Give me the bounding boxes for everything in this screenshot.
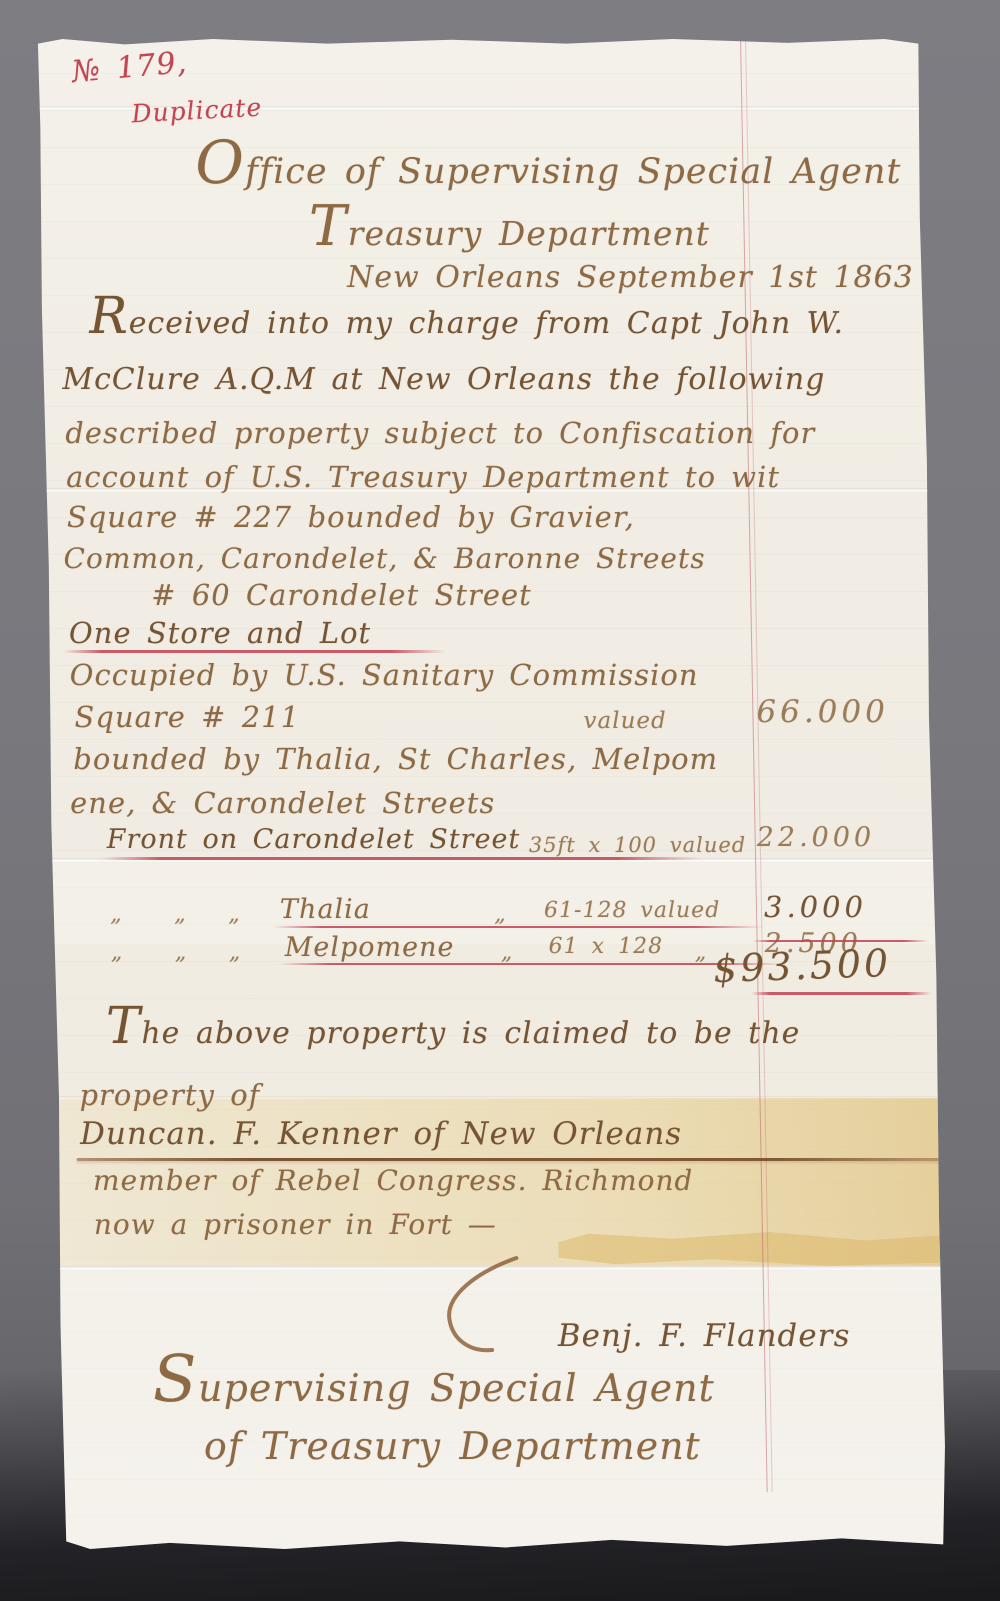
property1-square: Square # 227 bounded by Gravier, [67,500,635,534]
row2-ditto-3: „ [228,902,241,927]
row3-dimensions: 61 x 128 [548,934,663,959]
property1-address: # 60 Carondelet Street [151,578,532,612]
row3-description: Melpomene [284,932,454,963]
red-underline-store-and-lot [63,650,445,653]
body-line-4: account of U.S. Treasury Department to w… [66,460,781,494]
value-66000: 66.000 [756,694,889,730]
signature-title-1: Supervising Special Agent [152,1366,715,1410]
row2-ditto-1: „ [110,902,123,927]
yellowed-tape-stain [558,1232,943,1266]
document-sheet: № 179, Duplicate Office of Supervising S… [36,36,948,1552]
row3-ditto-1: „ [111,940,124,965]
row3-ditto-5: „ [695,940,708,965]
valued-label: valued [583,708,667,734]
red-underline-row3 [279,963,784,965]
row2-ditto-2: „ [174,902,187,927]
row2-description: Thalia [280,894,371,925]
table-total: $93.500 [712,941,892,991]
row3-ditto-2: „ [175,940,188,965]
property2-bounds-1: bounded by Thalia, St Charles, Melpom [73,742,718,776]
property2-square: Square # 211 [74,700,300,734]
claim-line-4: member of Rebel Congress. Richmond [93,1164,694,1197]
property1-streets: Common, Carondelet, & Baronne Streets [63,542,706,575]
claim-line-1: The above property is claimed to be the [106,1016,801,1051]
stamp-duplicate: Duplicate [130,93,263,129]
claim-line-2: property of [79,1078,261,1112]
stamp-number: № 179, [70,45,189,90]
pen-flourish [348,1254,570,1374]
property2-bounds-2: ene, & Carondelet Streets [70,786,496,820]
fold-crease-middle [51,858,935,863]
header-dateline: New Orleans September 1st 1863 [330,260,931,295]
body-line-3: described property subject to Confiscati… [65,416,816,450]
row1-dimensions: 35ft x 100 valued [529,833,747,857]
row2-ditto-4: „ [494,902,507,927]
header-office-line: Office of Supervising Special Agent [178,152,919,192]
signature-title-2: of Treasury Department [203,1424,701,1468]
row2-value: 3.000 [764,890,868,924]
claim-line-5: now a prisoner in Fort — [93,1208,497,1241]
red-rule-below-total [752,992,932,995]
row3-ditto-3: „ [229,940,242,965]
claimant-name: Duncan. F. Kenner of New Orleans [80,1116,683,1152]
body-line-2: McClure A.Q.M at New Orleans the followi… [62,362,826,397]
row1-value: 22.000 [756,822,875,853]
signature-name: Benj. F. Flanders [557,1318,850,1354]
red-underline-row1 [101,857,701,860]
red-underline-row2 [272,926,764,928]
property1-store-and-lot: One Store and Lot [69,616,372,650]
header-department-line: Treasury Department [189,214,830,253]
photograph-of-document: { "colors": { "background_gray": "#78787… [0,0,1000,1601]
property1-occupant: Occupied by U.S. Sanitary Commission [69,658,698,692]
row3-ditto-4: „ [501,940,514,965]
row2-dimensions: 61-128 valued [544,898,721,923]
row1-description: Front on Carondelet Street [106,824,520,855]
body-line-1: Received into my charge from Capt John W… [89,306,844,341]
brown-underline-claimant [77,1158,953,1161]
fold-crease-bottom [59,1266,943,1271]
